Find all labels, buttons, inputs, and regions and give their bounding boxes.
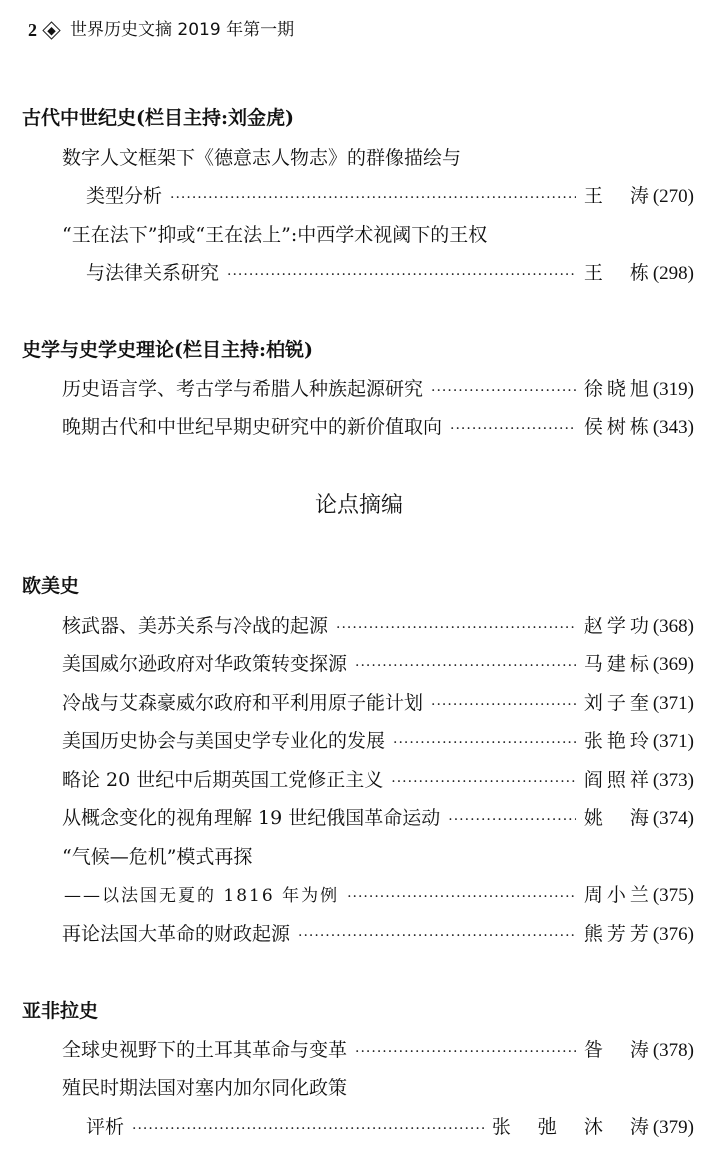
entry-title: 从概念变化的视角理解 19 世纪俄国革命运动 xyxy=(62,804,440,832)
toc-entry[interactable]: 美国历史协会与美国史学专业化的发展 张艳玲 (371) xyxy=(62,727,694,757)
dot-leader xyxy=(132,1115,484,1143)
entry-title: 美国历史协会与美国史学专业化的发展 xyxy=(62,727,385,755)
dot-leader xyxy=(393,729,576,757)
entry-title: 再论法国大革命的财政起源 xyxy=(62,920,290,948)
entry-title: 冷战与艾森豪威尔政府和平利用原子能计划 xyxy=(62,689,423,717)
entry-author: 阎照祥 xyxy=(584,766,653,794)
entry-page: (368) xyxy=(653,613,694,641)
dot-leader xyxy=(448,806,576,834)
entry-author: 周小兰 xyxy=(584,881,653,909)
entry-page: (298) xyxy=(653,260,694,288)
dot-leader xyxy=(336,614,576,642)
entry-page: (374) xyxy=(653,805,694,833)
entry-title: 核武器、美苏关系与冷战的起源 xyxy=(62,612,328,640)
toc-entry-title-line[interactable]: 数字人文框架下《德意志人物志》的群像描绘与 xyxy=(62,144,694,172)
entry-page: (369) xyxy=(653,651,694,679)
entry-author: 王 涛 xyxy=(584,182,653,210)
entry-author: 侯树栋 xyxy=(584,413,653,441)
entry-title: 类型分析 xyxy=(86,182,162,210)
toc-entry[interactable]: 美国威尔逊政府对华政策转变探源 马建标 (369) xyxy=(62,650,694,680)
entry-page: (379) xyxy=(653,1114,694,1142)
entry-title: 历史语言学、考古学与希腊人种族起源研究 xyxy=(62,375,423,403)
dot-leader xyxy=(431,691,576,719)
entry-author: 熊芳芳 xyxy=(584,920,653,948)
section-heading-asia-africa-latam: 亚非拉史 xyxy=(22,997,98,1025)
dot-leader xyxy=(298,922,576,950)
dot-leader xyxy=(227,261,576,289)
toc-entry[interactable]: 类型分析 王 涛 (270) xyxy=(86,182,694,212)
part-heading: 论点摘编 xyxy=(0,491,718,521)
toc-entry[interactable]: 从概念变化的视角理解 19 世纪俄国革命运动 姚 海 (374) xyxy=(62,804,694,834)
entry-page: (371) xyxy=(653,728,694,756)
toc-entry[interactable]: 略论 20 世纪中后期英国工党修正主义 阎照祥 (373) xyxy=(62,766,694,796)
entry-page: (319) xyxy=(653,376,694,404)
dot-leader xyxy=(347,883,576,911)
entry-title: 略论 20 世纪中后期英国工党修正主义 xyxy=(62,766,383,794)
entry-subtitle: ——以法国无夏的 1816 年为例 xyxy=(64,882,339,910)
dot-leader xyxy=(355,652,576,680)
toc-entry[interactable]: 冷战与艾森豪威尔政府和平利用原子能计划 刘子奎 (371) xyxy=(62,689,694,719)
entry-author: 张艳玲 xyxy=(584,727,653,755)
running-header: 2 世界历史文摘 2019 年第一期 xyxy=(28,18,294,42)
toc-entry[interactable]: 与法律关系研究 王 栋 (298) xyxy=(86,259,694,289)
dot-leader xyxy=(170,184,576,212)
toc-entry[interactable]: 评析 张 弛 沐 涛 (379) xyxy=(86,1113,694,1143)
entry-title: 晚期古代和中世纪早期史研究中的新价值取向 xyxy=(62,413,442,441)
toc-entry[interactable]: 历史语言学、考古学与希腊人种族起源研究 徐晓旭 (319) xyxy=(62,375,694,405)
entry-page: (375) xyxy=(653,882,694,910)
entry-page: (270) xyxy=(653,183,694,211)
entry-page: (373) xyxy=(653,767,694,795)
section-heading-ancient-medieval: 古代中世纪史(栏目主持:刘金虎) xyxy=(22,104,294,132)
toc-entry[interactable]: ——以法国无夏的 1816 年为例 周小兰 (375) xyxy=(64,881,694,911)
section-heading-europe-america: 欧美史 xyxy=(22,572,79,600)
entry-page: (343) xyxy=(653,414,694,442)
journal-title: 世界历史文摘 2019 年第一期 xyxy=(70,18,294,42)
entry-author: 刘子奎 xyxy=(584,689,653,717)
entry-author: 王 栋 xyxy=(584,259,653,287)
entry-page: (378) xyxy=(653,1037,694,1065)
entry-title: “气候—危机”模式再探 xyxy=(62,843,252,871)
entry-author: 徐晓旭 xyxy=(584,375,653,403)
entry-title: 评析 xyxy=(86,1113,124,1141)
dot-leader xyxy=(355,1038,576,1066)
entry-page: (371) xyxy=(653,690,694,718)
toc-entry-title-line[interactable]: 殖民时期法国对塞内加尔同化政策 xyxy=(62,1074,694,1102)
diamond-bullet-icon xyxy=(42,21,60,39)
entry-author: 赵学功 xyxy=(584,612,653,640)
entry-author: 姚 海 xyxy=(584,804,653,832)
entry-title: 全球史视野下的土耳其革命与变革 xyxy=(62,1036,347,1064)
dot-leader xyxy=(431,377,576,405)
entry-author: 马建标 xyxy=(584,650,653,678)
toc-entry-title-line[interactable]: “王在法下”抑或“王在法上”:中西学术视阈下的王权 xyxy=(62,221,694,249)
entry-page: (376) xyxy=(653,921,694,949)
toc-entry-title-line[interactable]: “气候—危机”模式再探 xyxy=(62,843,694,871)
section-heading-historiography: 史学与史学史理论(栏目主持:柏锐) xyxy=(22,336,313,364)
entry-title: 数字人文框架下《德意志人物志》的群像描绘与 xyxy=(62,144,461,172)
dot-leader xyxy=(450,415,576,443)
entry-title: 殖民时期法国对塞内加尔同化政策 xyxy=(62,1074,347,1102)
entry-author: 张 弛 沐 涛 xyxy=(492,1113,653,1141)
toc-entry[interactable]: 再论法国大革命的财政起源 熊芳芳 (376) xyxy=(62,920,694,950)
dot-leader xyxy=(391,768,576,796)
toc-entry[interactable]: 核武器、美苏关系与冷战的起源 赵学功 (368) xyxy=(62,612,694,642)
page-number: 2 xyxy=(28,18,37,42)
toc-entry[interactable]: 全球史视野下的土耳其革命与变革 昝 涛 (378) xyxy=(62,1036,694,1066)
entry-title: 美国威尔逊政府对华政策转变探源 xyxy=(62,650,347,678)
toc-entry[interactable]: 晚期古代和中世纪早期史研究中的新价值取向 侯树栋 (343) xyxy=(62,413,694,443)
entry-title: 与法律关系研究 xyxy=(86,259,219,287)
entry-author: 昝 涛 xyxy=(584,1036,653,1064)
entry-title: “王在法下”抑或“王在法上”:中西学术视阈下的王权 xyxy=(62,221,487,249)
